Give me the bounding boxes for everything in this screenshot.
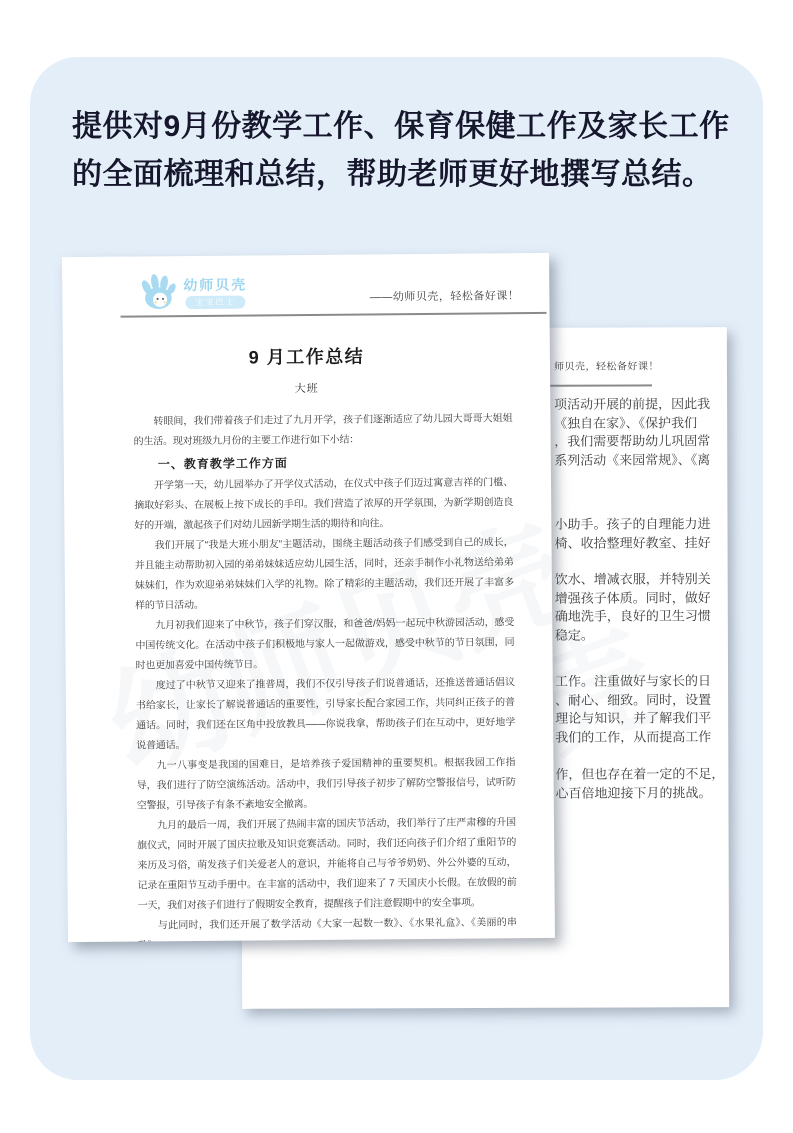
paragraph: 九月的最后一周，我们开展了热闹丰富的国庆节活动，我们举行了庄严肃穆的升国旗仪式，… — [137, 813, 517, 916]
back-text-group: 作，但也存在着一定的不足，心百倍地迎接下月的挑战。 — [555, 765, 724, 803]
back-header-tagline-fragment: 师贝壳，轻松备好课！ — [554, 357, 659, 372]
truncated-line: ，我们需要帮助幼儿巩固常 — [554, 432, 723, 451]
truncated-line: 椅、收拾整理好教室、挂好 — [555, 534, 724, 553]
truncated-line: 《独自在家》、《保护我们 — [554, 414, 723, 433]
brand-sub-badge: 宝宝巴士 — [185, 296, 245, 310]
truncated-line: 心百倍地迎接下月的挑战。 — [555, 784, 724, 803]
truncated-line: 饮水、增减衣服，并特别关 — [555, 570, 724, 589]
paragraph: 转眼间，我们带着孩子们走过了九月开学，孩子们逐渐适应了幼儿园大哥哥大姐姐的生活。… — [133, 409, 512, 452]
truncated-line: 确地洗手，良好的卫生习惯 — [555, 607, 724, 626]
truncated-line: 项活动开展的前提，因此我 — [554, 395, 723, 414]
document-subtitle: 大班 — [63, 378, 550, 398]
document-title: 9 月工作总结 — [63, 341, 550, 371]
truncated-line: 我们的工作，从而提高工作 — [555, 728, 724, 747]
brand-text-block: 幼师贝壳 宝宝巴士 — [183, 275, 247, 310]
feature-card: 提供对9月份教学工作、保育保健工作及家长工作的全面梳理和总结，帮助老师更好地撰写… — [30, 57, 763, 1080]
back-text-group: 小助手。孩子的自理能力进椅、收拾整理好教室、挂好 — [554, 515, 723, 553]
section-heading: 一、教育教学工作方面 — [134, 451, 513, 474]
paragraph: 我们开展了“我是大班小朋友”主题活动，围绕主题活动孩子们感受到自己的成长，并且能… — [134, 533, 514, 616]
paragraph: 度过了中秋节又迎来了推普周，我们不仅引导孩子们说普通话，还推送普通话倡议书给家长… — [136, 673, 516, 756]
truncated-line: 工作。注重做好与家长的日 — [555, 672, 724, 691]
paragraph: 九一八事变是我国的国难日，是培养孩子爱国精神的重要契机。根据我园工作指导，我们进… — [136, 753, 516, 816]
truncated-line: 理论与知识，并了解我们平 — [555, 709, 724, 728]
truncated-line: 增强孩子体质。同时，做好 — [555, 589, 724, 608]
paragraph: 九月初我们迎来了中秋节，孩子们穿汉服，和爸爸/妈妈一起玩中秋游园活动，感受中国传… — [135, 613, 515, 676]
truncated-line: 系列活动《来园常规》、《离 — [554, 451, 723, 470]
truncated-line: 、耐心、细致。同时，设置 — [555, 691, 724, 710]
truncated-line: 小助手。孩子的自理能力进 — [554, 515, 723, 534]
paragraph: 与此同时，我们还开展了数学活动《大家一起数一数》、《水果礼盒》、《美丽的串珠》、 — [138, 913, 517, 942]
back-text-group: 项活动开展的前提，因此我《独自在家》、《保护我们，我们需要帮助幼儿巩固常系列活动… — [554, 395, 723, 470]
headline-text: 提供对9月份教学工作、保育保健工作及家长工作的全面梳理和总结，帮助老师更好地撰写… — [72, 103, 740, 199]
back-text-group: 饮水、增减衣服，并特别关增强孩子体质。同时，做好确地洗手，良好的卫生习惯稳定。 — [555, 570, 724, 645]
back-page-lines: 项活动开展的前提，因此我《独自在家》、《保护我们，我们需要帮助幼儿巩固常系列活动… — [554, 389, 724, 803]
document-page: 幼师贝壳 幼师贝壳 宝宝巴士 ——幼师贝壳， — [62, 253, 555, 942]
header-tagline: ——幼师贝壳，轻松备好课！ — [370, 287, 520, 304]
header-rule — [121, 312, 547, 318]
truncated-line: 作，但也存在着一定的不足， — [555, 765, 724, 784]
truncated-line: 稳定。 — [555, 626, 724, 645]
paragraph: 开学第一天，幼儿园举办了开学仪式活动，在仪式中孩子们迈过寓意吉祥的门槛、摘取好彩… — [134, 473, 514, 536]
brand-name: 幼师贝壳 — [183, 275, 247, 296]
document-body: 转眼间，我们带着孩子们走过了九月开学，孩子们逐渐适应了幼儿园大哥哥大姐姐的生活。… — [133, 409, 517, 942]
back-text-group: 工作。注重做好与家长的日、耐心、细致。同时，设置理论与知识，并了解我们平我们的工… — [555, 672, 724, 747]
brand-logo: 幼师贝壳 宝宝巴士 — [138, 272, 247, 313]
hand-logo-icon — [138, 272, 178, 312]
